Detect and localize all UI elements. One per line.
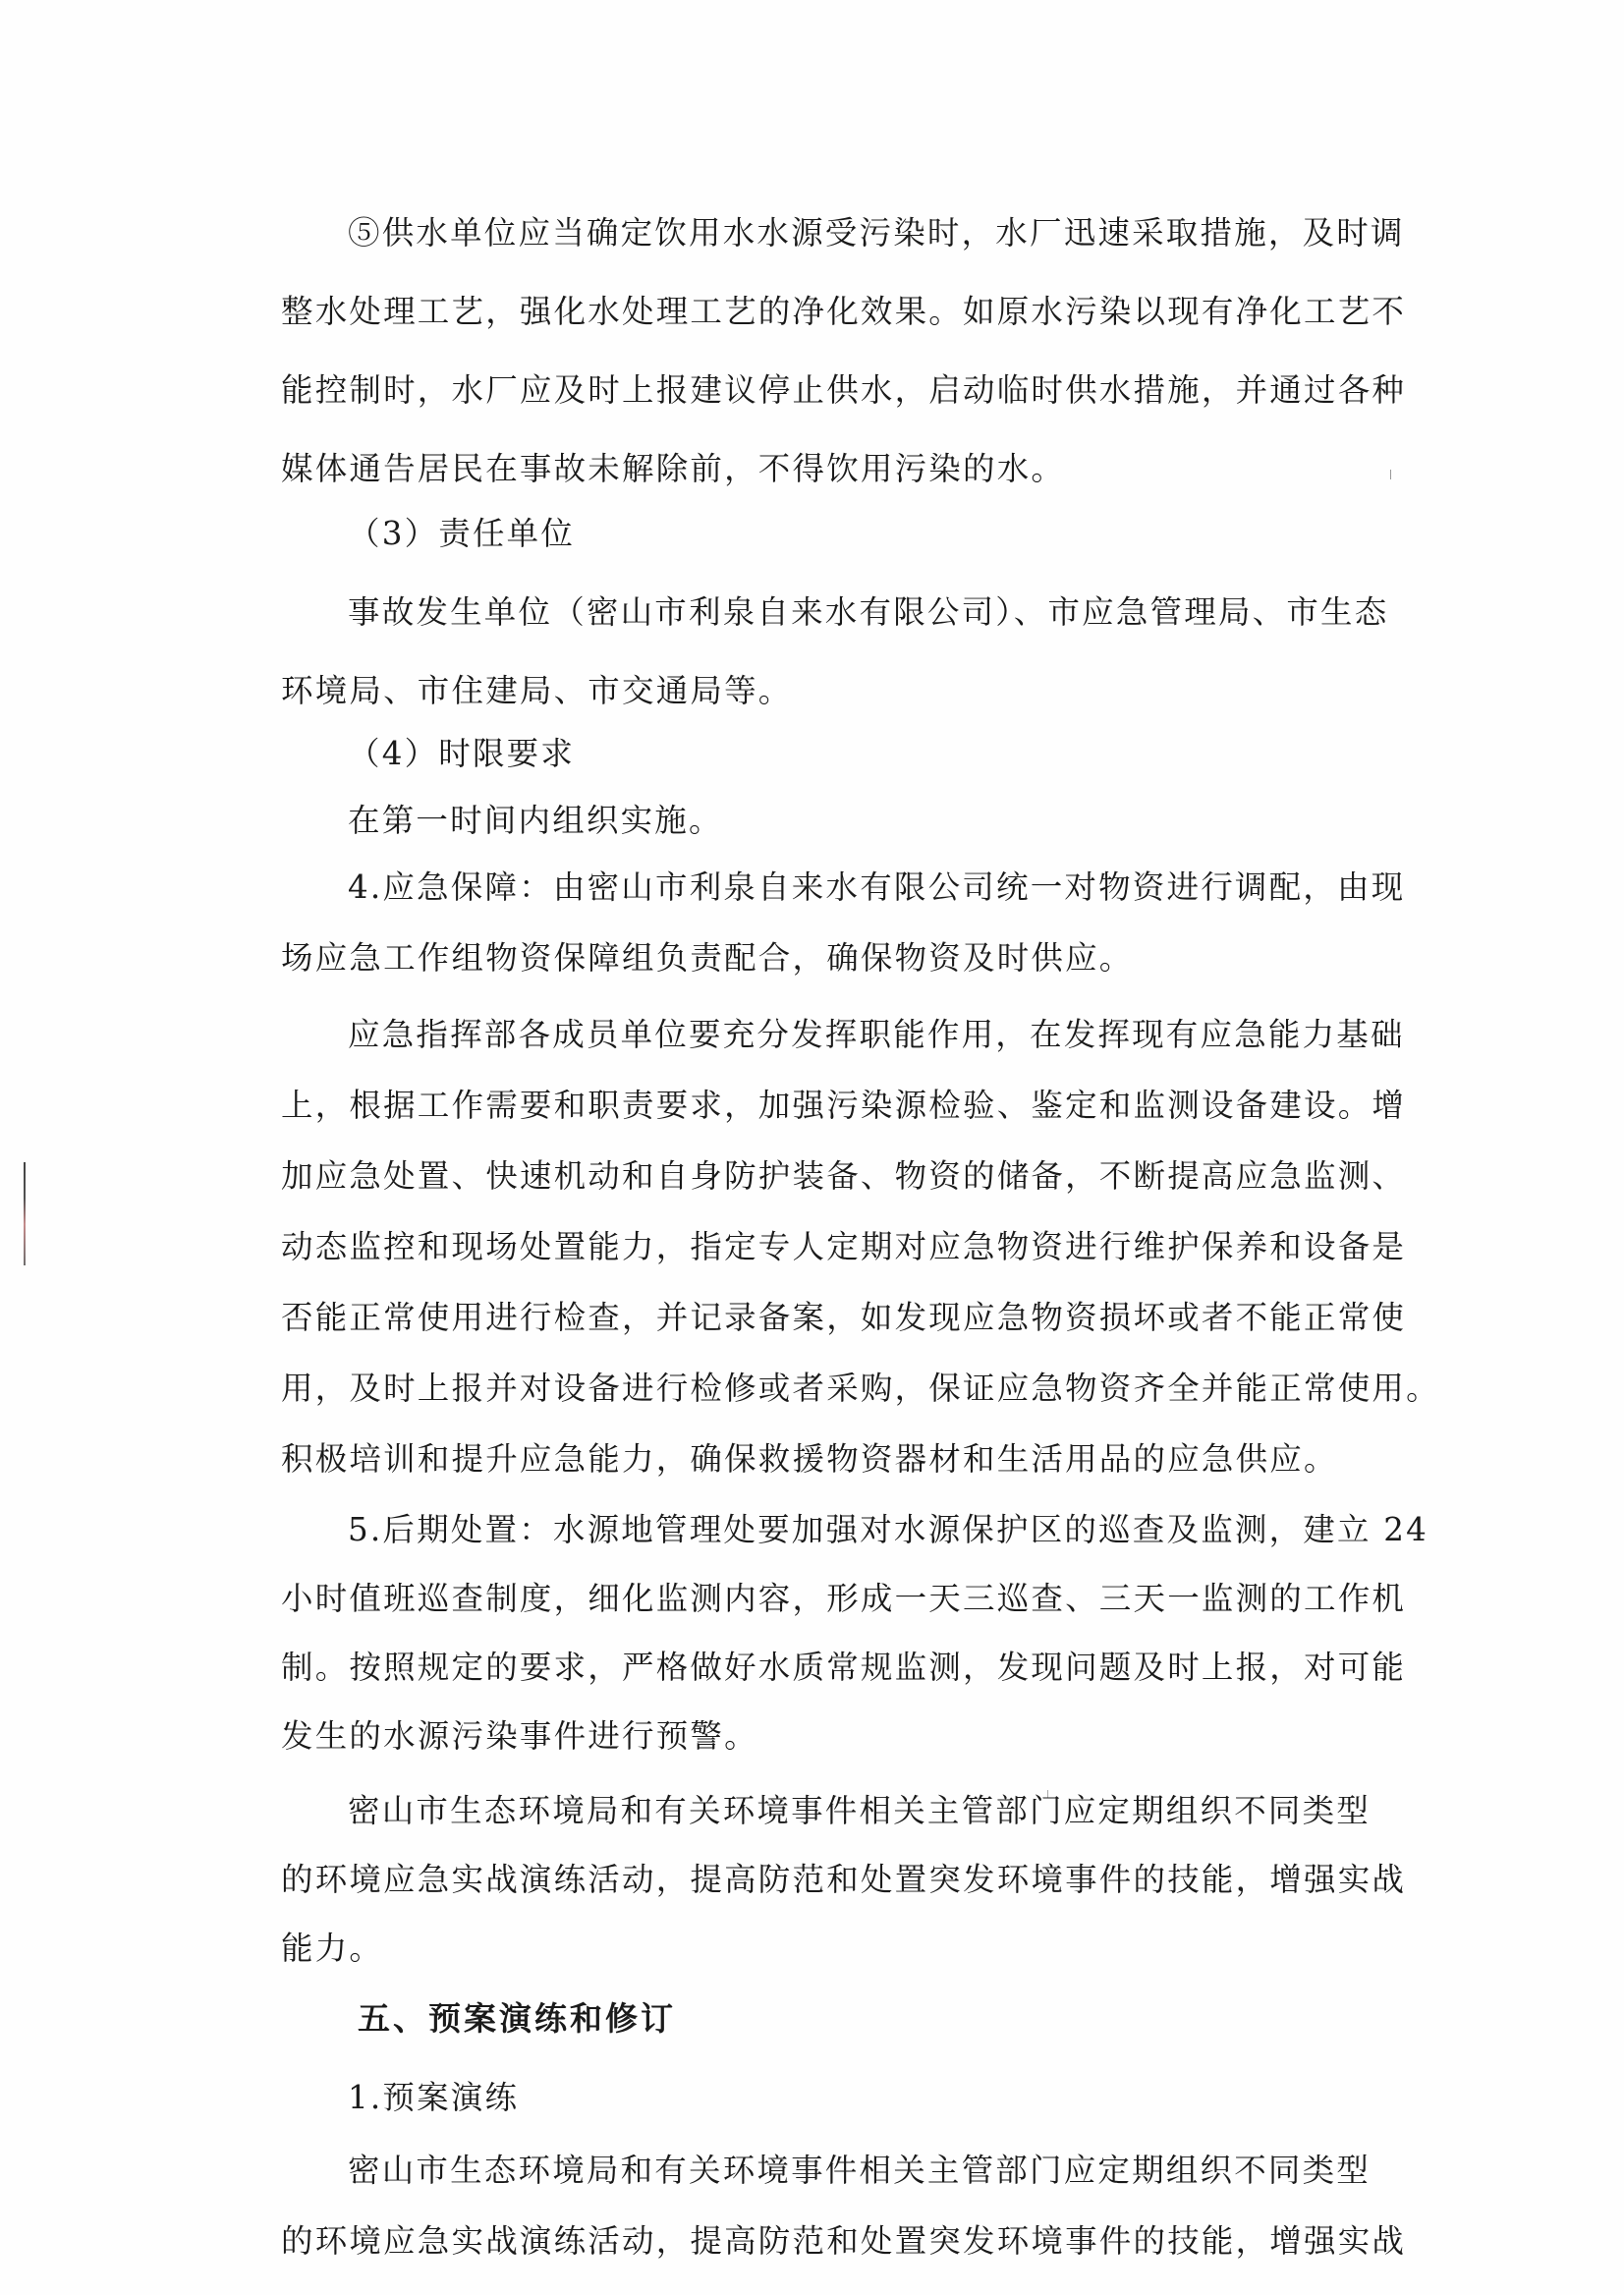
document-page: ⑤供水单位应当确定饮用水水源受污染时，水厂迅速采取措施，及时调 整水处理工艺，强… — [0, 0, 1624, 2295]
paragraph-line: 的环境应急实战演练活动，提高防范和处置突发环境事件的技能，增强实战 — [281, 2216, 1406, 2266]
paragraph-line: 积极培训和提升应急能力，确保救援物资器材和生活用品的应急供应。 — [281, 1434, 1338, 1483]
section-heading-drills-and-revision: 五、预案演练和修订 — [358, 1994, 676, 2043]
paragraph-line: 能控制时，水厂应及时上报建议停止供水，启动临时供水措施，并通过各种 — [281, 365, 1406, 415]
paragraph-line: 能力。 — [281, 1924, 383, 1973]
paragraph-line: 场应急工作组物资保障组负责配合，确保物资及时供应。 — [281, 933, 1134, 982]
paragraph-line: 加应急处置、快速机动和自身防护装备、物资的储备，不断提高应急监测、 — [281, 1151, 1406, 1201]
paragraph-line: 媒体通告居民在事故未解除前，不得饮用污染的水。 — [281, 444, 1065, 493]
paragraph-line: 否能正常使用进行检查，并记录备案，如发现应急物资损坏或者不能正常使 — [281, 1293, 1406, 1342]
paragraph-line: ⑤供水单位应当确定饮用水水源受污染时，水厂迅速采取措施，及时调 — [348, 208, 1405, 257]
paragraph-line: 上，根据工作需要和职责要求，加强污染源检验、鉴定和监测设备建设。增 — [281, 1081, 1406, 1130]
subheading-plan-drill: 1.预案演练 — [348, 2073, 519, 2122]
paragraph-line: 5.后期处置：水源地管理处要加强对水源保护区的巡查及监测，建立 24 — [348, 1505, 1428, 1554]
paragraph-line: 制。按照规定的要求，严格做好水质常规监测，发现问题及时上报，对可能 — [281, 1643, 1406, 1692]
subheading-time-limit: （4）时限要求 — [348, 729, 575, 778]
scan-margin-mark — [24, 1162, 26, 1265]
paragraph-line: 4.应急保障：由密山市利泉自来水有限公司统一对物资进行调配，由现 — [348, 863, 1405, 912]
scan-speck — [1390, 470, 1391, 479]
paragraph-line: 用，及时上报并对设备进行检修或者采购，保证应急物资齐全并能正常使用。 — [281, 1364, 1440, 1413]
paragraph-line: 在第一时间内组织实施。 — [348, 796, 723, 845]
paragraph-line: 整水处理工艺，强化水处理工艺的净化效果。如原水污染以现有净化工艺不 — [281, 287, 1406, 336]
paragraph-line: 小时值班巡查制度，细化监测内容，形成一天三巡查、三天一监测的工作机 — [281, 1574, 1406, 1623]
paragraph-line: 的环境应急实战演练活动，提高防范和处置突发环境事件的技能，增强实战 — [281, 1855, 1406, 1904]
paragraph-line: 环境局、市住建局、市交通局等。 — [281, 666, 793, 715]
paragraph-line: 事故发生单位（密山市利泉自来水有限公司）、市应急管理局、市生态 — [348, 588, 1388, 637]
paragraph-line: 密山市生态环境局和有关环境事件相关主管部门应定期组织不同类型 — [348, 2146, 1371, 2195]
subheading-responsible-units: （3）责任单位 — [348, 509, 575, 558]
paragraph-line: 密山市生态环境局和有关环境事件相关主管部门应定期组织不同类型 — [348, 1786, 1371, 1835]
paragraph-line: 应急指挥部各成员单位要充分发挥职能作用，在发挥现有应急能力基础 — [348, 1010, 1405, 1059]
paragraph-line: 动态监控和现场处置能力，指定专人定期对应急物资进行维护保养和设备是 — [281, 1222, 1406, 1271]
paragraph-line: 发生的水源污染事件进行预警。 — [281, 1711, 758, 1761]
